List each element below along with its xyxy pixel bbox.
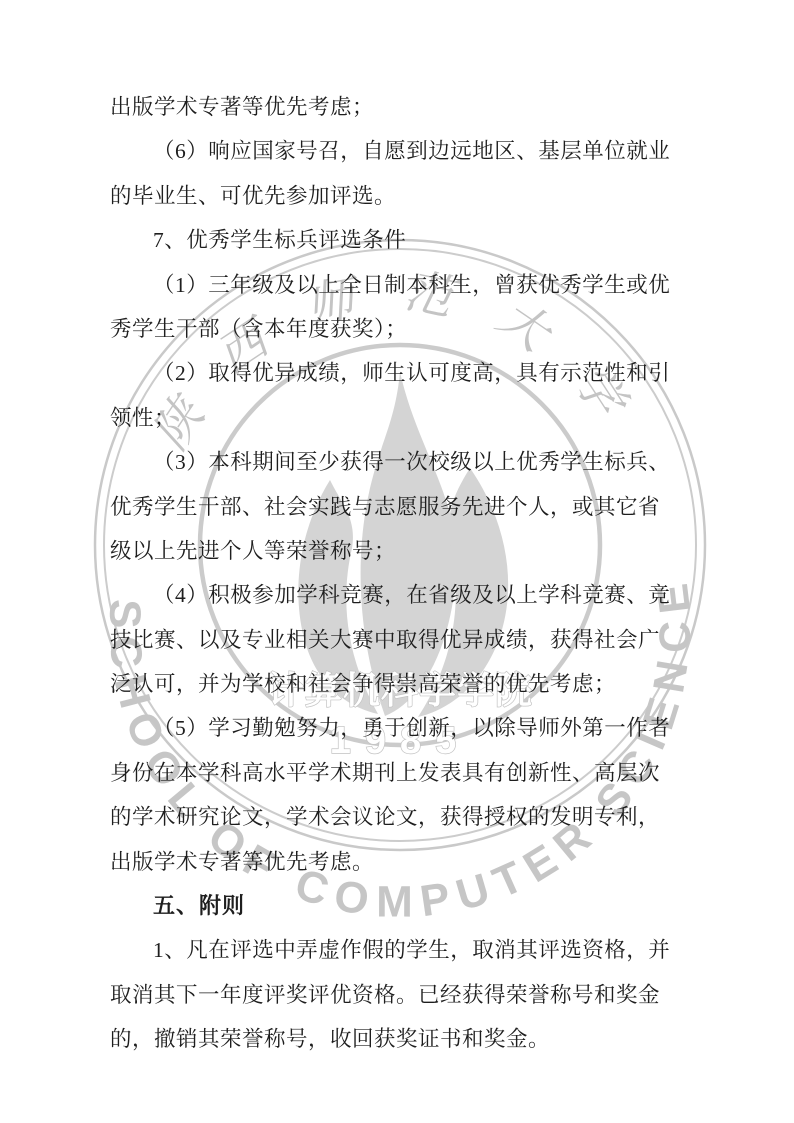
document-page: 陕西师范大学 SCHOOL OF COMPUTER SCIENCE 计算机科学学… [0,0,794,1123]
document-line: 技比赛、以及专业相关大赛中取得优异成绩，获得社会广 [110,618,698,662]
document-line: （4）积极参加学科竞赛，在省级及以上学科竞赛、竞 [110,573,698,617]
document-line: 出版学术专著等优先考虑。 [110,840,698,884]
document-line: 7、优秀学生标兵评选条件 [110,218,698,262]
document-line: 秀学生干部（含本年度获奖）； [110,307,698,351]
document-line: 泛认可，并为学校和社会争得崇高荣誉的优先考虑； [110,662,698,706]
document-line: 的，撤销其荣誉称号，收回获奖证书和奖金。 [110,1017,698,1061]
document-line: 级以上先进个人等荣誉称号； [110,529,698,573]
document-line: 的学术研究论文，学术会议论文，获得授权的发明专利， [110,795,698,839]
document-line: 身份在本学科高水平学术期刊上发表具有创新性、高层次 [110,751,698,795]
document-line: 取消其下一年度评奖评优资格。已经获得荣誉称号和奖金 [110,973,698,1017]
document-body: 出版学术专著等优先考虑；（6）响应国家号召，自愿到边远地区、基层单位就业的毕业生… [110,85,698,1062]
document-line: （5）学习勤勉努力，勇于创新，以除导师外第一作者 [110,706,698,750]
document-line: （1）三年级及以上全日制本科生，曾获优秀学生或优 [110,263,698,307]
document-line: 出版学术专著等优先考虑； [110,85,698,129]
document-line: （2）取得优异成绩，师生认可度高，具有示范性和引 [110,351,698,395]
document-line: （6）响应国家号召，自愿到边远地区、基层单位就业 [110,129,698,173]
document-line: 领性； [110,396,698,440]
document-line: 五、附则 [110,884,698,928]
document-line: 优秀学生干部、社会实践与志愿服务先进个人，或其它省 [110,485,698,529]
document-line: 1、凡在评选中弄虚作假的学生，取消其评选资格，并 [110,928,698,972]
document-line: （3）本科期间至少获得一次校级以上优秀学生标兵、 [110,440,698,484]
document-line: 的毕业生、可优先参加评选。 [110,174,698,218]
